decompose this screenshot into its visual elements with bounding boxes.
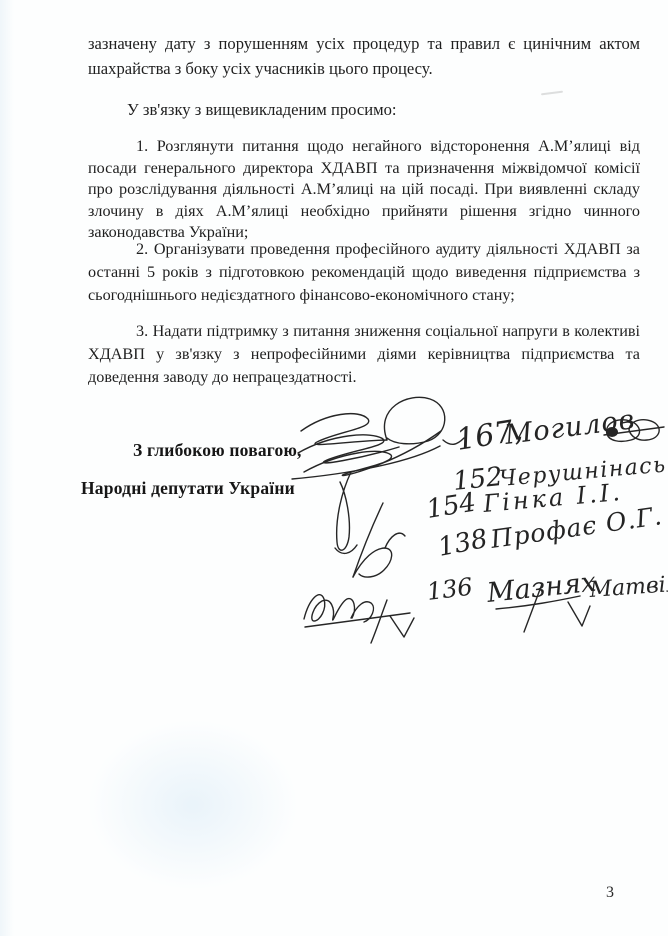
closing-salutation: З глибокою повагою, [133,440,302,461]
deputy-number-4: 138 [436,524,490,563]
signatories-label: Народні депутати України [81,478,295,499]
scan-smudge [541,91,563,96]
list-item-2: 2. Організувати проведення професійного … [88,238,640,308]
page-number: 3 [606,884,614,902]
list-item-3: 3. Надати підтримку з питання зниження с… [88,320,640,390]
list-item-1: 1. Розглянути питання щодо негайного від… [88,136,640,244]
deputy-number-3: 154 [424,488,478,525]
scan-edge-tint [0,0,14,936]
signature-scribble-2 [335,472,357,553]
deputy-name-5b: Матвіяс [588,571,668,603]
deputy-number-5: 136 [425,573,474,606]
signature-scribble-3 [353,503,405,577]
deputy-name-1: Могилов [502,404,637,451]
signatures-area: 167, Могилов 152 Черушнінась 154 Гінка І… [290,390,668,645]
document-page: зазначену дату з порушенням усіх процеду… [0,0,668,936]
scan-blotch [88,720,298,890]
signature-scribble-4 [304,595,414,643]
signature-scribble-main [292,397,464,479]
paragraph-intro: зазначену дату з порушенням усіх процеду… [88,31,640,81]
paragraph-request: У зв'язку з вищевикладеним просимо: [88,97,640,122]
